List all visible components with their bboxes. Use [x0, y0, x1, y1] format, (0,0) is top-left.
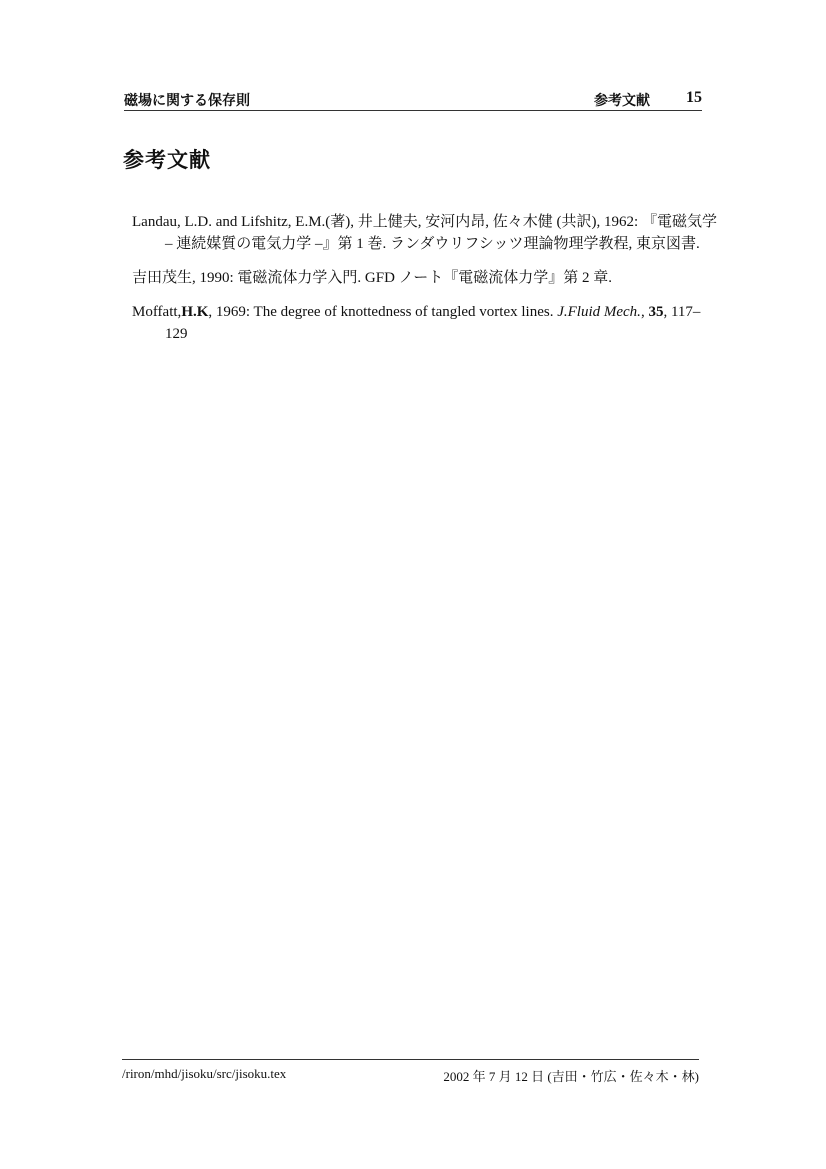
page-footer: /riron/mhd/jisoku/src/jisoku.tex 2002 年 …: [122, 1059, 699, 1060]
chapter-title: 磁場に関する保存則: [124, 90, 250, 110]
page-title: 参考文献: [123, 144, 211, 174]
page-number: 15: [686, 89, 702, 107]
footer-date: 2002 年 7 月 12 日 (吉田・竹広・佐々木・林): [443, 1066, 699, 1085]
reference-authors: Landau, L.D. and Lifshitz, E.M.(著), 井上健夫…: [132, 214, 638, 230]
reference-authors: Moffatt,: [132, 304, 181, 320]
reference-title: , 1969: The degree of knottedness of tan…: [208, 304, 557, 320]
source-path: /riron/mhd/jisoku/src/jisoku.tex: [122, 1066, 286, 1082]
reference-journal: J.Fluid Mech.: [557, 304, 641, 320]
reference-body: 電磁流体力学入門. GFD ノート『電磁流体力学』第 2 章.: [237, 270, 612, 286]
running-header: 磁場に関する保存則 参考文献 15: [124, 88, 702, 111]
reference-volume: 35: [648, 304, 663, 320]
reference-list: Landau, L.D. and Lifshitz, E.M.(著), 井上健夫…: [132, 211, 718, 357]
reference-item: 吉田茂生, 1990: 電磁流体力学入門. GFD ノート『電磁流体力学』第 2…: [132, 267, 718, 289]
reference-item: Landau, L.D. and Lifshitz, E.M.(著), 井上健夫…: [132, 211, 718, 255]
reference-item: Moffatt,H.K, 1969: The degree of knotted…: [132, 301, 718, 345]
section-title: 参考文献: [594, 90, 650, 110]
reference-authors: 吉田茂生, 1990:: [132, 270, 234, 286]
reference-authors-bold: H.K: [181, 304, 208, 320]
punctuation: ,: [641, 304, 645, 320]
